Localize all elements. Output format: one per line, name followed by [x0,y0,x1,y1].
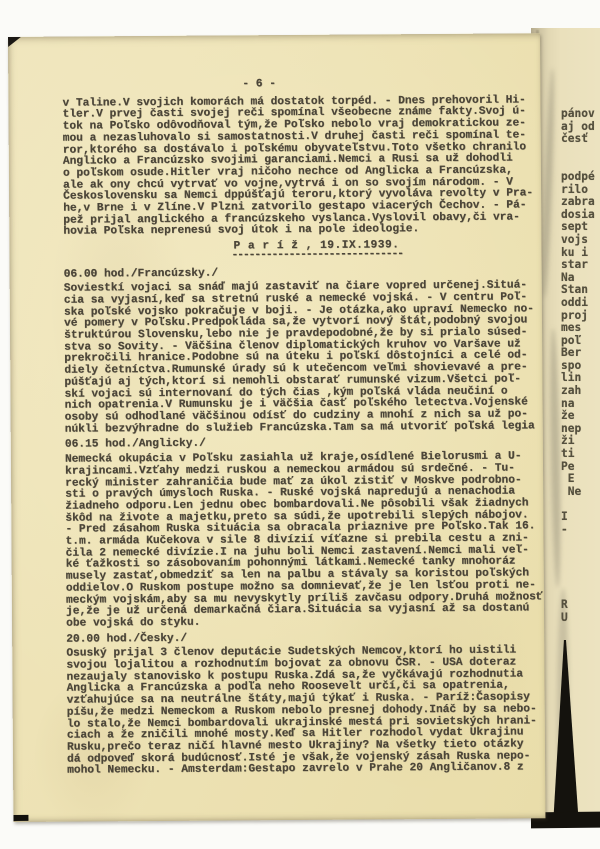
document-page: - 6 - v Taline.V svojich komorách má dos… [8,33,545,822]
dateline-underline: ------------------------------ [231,248,541,262]
page-number: - 6 - [242,77,540,91]
section-heading-2000: 20.00 hod./Česky./ [66,631,544,646]
section-heading-0600: 06.00 hod./Francúzsky./ [64,266,542,281]
page-corner-mark-bottom-left [13,815,28,821]
section-body-0615: Nemecká okupácia v Poľsku zasiahla už kr… [65,451,544,630]
fold-shadow-streak [541,68,556,298]
section-heading-0615: 06.15 hod./Anglicky./ [65,437,543,452]
scanned-document: pánov aj od česť podpé rilo zabra dosia … [0,0,600,849]
page-corner-mark-top-left [8,37,21,47]
intro-paragraph: v Taline.V svojich komorách má dostatok … [62,95,541,239]
adjacent-page-text-fragments: pánov aj od česť podpé rilo zabra dosia … [561,108,595,624]
section-body-2000: Osuský prijal 3 členov deputácie Sudetsk… [66,646,545,778]
document-body: - 6 - v Taline.V svojich komorách má dos… [62,77,545,777]
section-body-0600: Soviestkí vojaci sa snáď majú zastaviť n… [64,281,543,436]
